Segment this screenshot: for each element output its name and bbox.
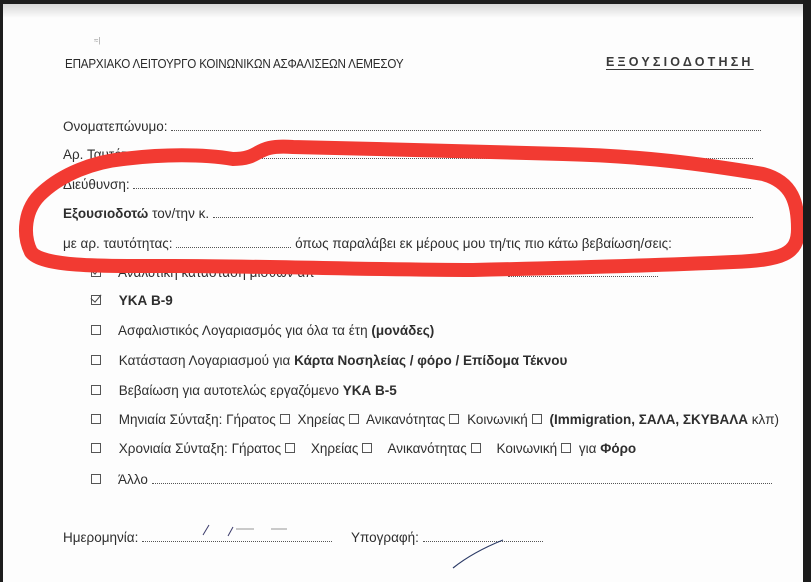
option-label: Γήρατος [226,412,276,427]
date-label: Ημερομηνία: [63,530,138,545]
option-label: Κοινωνική [497,441,558,456]
monthly-pension-label: Μηνιαία Σύνταξη: [119,412,223,427]
id-number-row: Αρ. Ταυτότητ [63,146,753,162]
option-label: Γήρατος [232,441,282,456]
date-row: Ημερομηνία: [63,529,332,545]
id-number-label: Αρ. Ταυτότητ [63,147,140,162]
authorize-label-rest: τον/την κ. [152,206,209,221]
address-label: Διεύθυνση: [63,177,130,192]
checkbox[interactable] [91,414,101,424]
checklist-item-label: Βεβαίωση για αυτοτελώς εργαζόμενο [119,383,339,398]
monthly-pension-note: (Immigration, ΣΑΛΑ, ΣΚΥΒΑΛΑ [549,412,747,427]
checklist-item-label: Αναλυτική κατάσταση μισθων απ [118,265,314,280]
option-label: Ανικανότητας [387,441,466,456]
checkbox[interactable] [280,414,290,424]
checklist-item-bold: ΥΚΑ Β-5 [343,383,397,398]
authorized-person-field[interactable] [213,205,753,218]
option-label: Χηρείας [311,441,359,456]
checkbox[interactable] [91,385,101,395]
checkbox[interactable] [362,443,372,453]
checkbox-checked[interactable] [91,295,101,305]
authorized-id-field[interactable] [176,235,291,248]
other-field[interactable] [152,471,772,484]
authorize-row: Εξουσιοδοτώ τον/την κ. [63,205,753,221]
checkbox-checked[interactable] [91,267,101,277]
yearly-pension-note: Φόρο [600,441,636,456]
checklist-item-label: Κατάσταση Λογαριασμού για [119,353,291,368]
full-name-label: Ονοματεπώνυμο: [63,119,168,134]
signature-row: Υπογραφή: [351,529,543,545]
checkbox[interactable] [91,474,101,484]
monthly-pension-row: Μηνιαία Σύνταξη: Γήρατος Χηρείας Ανικανό… [91,412,779,427]
authorize-label-bold: Εξουσιοδοτώ [63,206,148,221]
checkbox[interactable] [91,355,101,365]
checkbox[interactable] [91,443,101,453]
checklist-item-bold: (μονάδες) [371,323,434,338]
checkbox[interactable] [449,414,459,424]
yearly-pension-for: για [579,441,597,456]
checklist-item-label: ΥΚΑ Β-9 [119,293,173,308]
address-field[interactable] [133,176,751,189]
other-label: Άλλο [118,472,148,487]
other-row: Άλλο [91,471,772,487]
checklist-item: Αναλυτική κατάσταση μισθων απ [91,264,658,280]
checklist-item: Ασφαλιστικός Λογαριασμός για όλα τα έτη … [91,323,434,338]
option-label: Κοινωνική [467,412,528,427]
scanned-form-page: ≈| ΕΠΑΡΧΙΑΚΟ ΛΕΙΤΟΥΡΓΟ ΚΟΙΝΩΝΙΚΩΝ ΑΣΦΑΛΙ… [3,4,806,582]
scan-shadow [3,4,806,18]
checklist-item-bold: Κάρτα Νοσηλείας / φόρο / Επίδομα Τέκνου [294,353,567,368]
checkbox[interactable] [349,414,359,424]
checklist-item: Κατάσταση Λογαριασμού για Κάρτα Νοσηλεία… [91,353,567,368]
signature-field[interactable] [423,529,543,542]
checklist-item: ΥΚΑ Β-9 [91,293,173,308]
checklist-item: Βεβαίωση για αυτοτελώς εργαζόμενο ΥΚΑ Β-… [91,383,397,398]
option-label: Ανικανότητας [366,412,445,427]
checklist-item-field [508,264,658,277]
form-title: ΕΞΟΥΣΙΟΔΟΤΗΣΗ [606,55,754,69]
checkbox[interactable] [91,325,101,335]
checkbox[interactable] [532,414,542,424]
monthly-pension-note-tail: κλπ) [752,412,779,427]
authorized-id-label: με αρ. ταυτότητας: [63,236,173,251]
authorized-id-row: με αρ. ταυτότητας: όπως παραλάβει εκ μέρ… [63,235,672,251]
full-name-field[interactable] [171,118,761,131]
signature-label: Υπογραφή: [351,530,419,545]
option-label: Χηρείας [297,412,345,427]
yearly-pension-label: Χρονιαία Σύνταξη: [119,441,228,456]
address-row: Διεύθυνση: [63,176,751,192]
checklist-item-label: Ασφαλιστικός Λογαριασμός για όλα τα έτη [118,323,368,338]
date-field[interactable] [142,529,332,542]
full-name-row: Ονοματεπώνυμο: [63,118,761,134]
receive-text: όπως παραλάβει εκ μέρους μου τη/τις πιο … [295,236,672,251]
checkbox[interactable] [285,443,295,453]
scan-mark: ≈| [94,36,100,45]
office-header: ΕΠΑΡΧΙΑΚΟ ΛΕΙΤΟΥΡΓΟ ΚΟΙΝΩΝΙΚΩΝ ΑΣΦΑΛΙΣΕΩ… [65,57,403,71]
yearly-pension-row: Χρονιαία Σύνταξη: Γήρατος Χηρείας Ανικαν… [91,441,636,456]
window-edge [803,0,811,582]
checkbox[interactable] [561,443,571,453]
checkbox[interactable] [471,443,481,453]
id-number-field[interactable] [143,146,753,159]
